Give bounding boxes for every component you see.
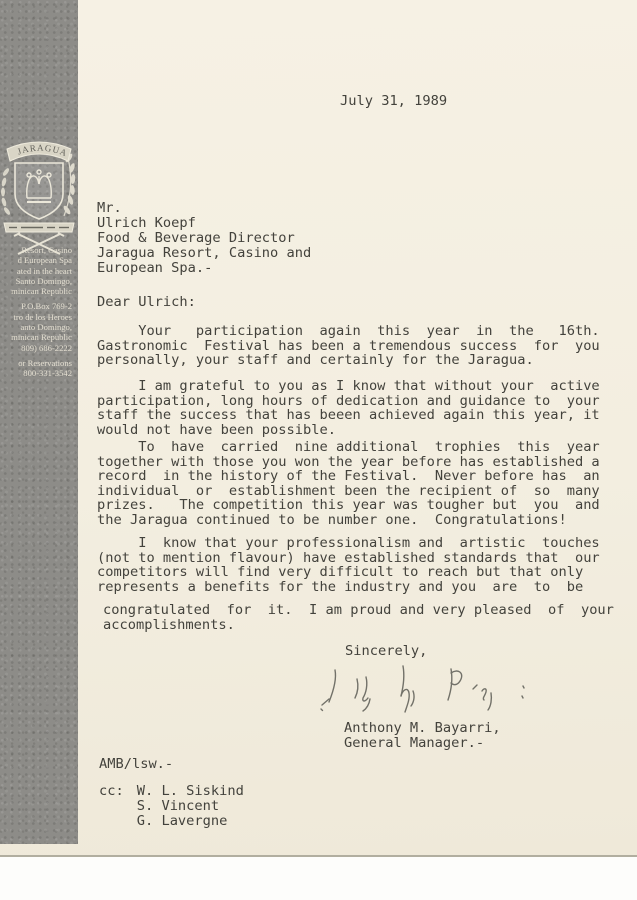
body-line: competitors will find very difficult to …	[97, 565, 600, 580]
cc-name: W. L. Siskind	[137, 784, 244, 799]
recipient-address: Mr. Ulrich Koepf Food & Beverage Directo…	[97, 201, 311, 276]
handwritten-signature	[315, 658, 535, 713]
letterhead-address: Resort, Casino d European Spa ated in th…	[0, 245, 72, 384]
body-line: prizes. The competition this year was to…	[97, 498, 600, 513]
letterhead-sidebar: JARAGUA	[0, 0, 78, 844]
body-line: (not to mention flavour) have establishe…	[97, 551, 600, 566]
body-line: personally, your staff and certainly for…	[97, 353, 600, 368]
body-line: would not have been possible.	[97, 423, 600, 438]
body-line: congratulated for it. I am proud and ver…	[103, 603, 614, 618]
body-line: the Jaragua continued to be number one. …	[97, 513, 600, 528]
body-line: participation, long hours of dedication …	[97, 394, 600, 409]
letterhead-address-block-1: Resort, Casino d European Spa ated in th…	[0, 245, 72, 296]
address-line: minican Republic	[0, 332, 72, 342]
cc-name: S. Vincent	[137, 799, 244, 814]
body-line: together with those you won the year bef…	[97, 455, 600, 470]
body-line: To have carried nine additional trophies…	[97, 440, 600, 455]
address-line: or Reservations	[0, 358, 72, 368]
letter-paper: JARAGUA	[0, 0, 637, 857]
salutation: Dear Ulrich:	[97, 295, 196, 310]
cc-name: G. Lavergne	[137, 814, 244, 829]
body-line: individual or establishment been the rec…	[97, 484, 600, 499]
signature-block: Anthony M. Bayarri, General Manager.-	[344, 721, 501, 751]
recipient-line: Mr.	[97, 201, 311, 216]
body-line: record in the history of the Festival. N…	[97, 469, 600, 484]
address-line: Resort, Casino	[0, 245, 72, 255]
address-line: d European Spa	[0, 255, 72, 265]
letterhead-reservations-block: or Reservations 800-331-3542	[0, 358, 72, 379]
valediction: Sincerely,	[345, 644, 427, 659]
signer-title: General Manager.-	[344, 736, 501, 751]
body-line: accomplishments.	[103, 618, 614, 633]
address-line: 809) 686-2222	[0, 343, 72, 353]
body-paragraph-1: Your participation again this year in th…	[97, 324, 600, 368]
cc-label: cc:	[99, 784, 124, 829]
address-line: tro de los Heroes	[0, 312, 72, 322]
jaragua-crest-logo: JARAGUA	[0, 128, 78, 260]
cc-block: cc: W. L. Siskind S. Vincent G. Lavergne	[99, 784, 244, 829]
address-line: P.O.Box 769-2	[0, 301, 72, 311]
body-line: staff the success that has beeen achieve…	[97, 408, 600, 423]
body-paragraph-2: I am grateful to you as I know that with…	[97, 379, 600, 437]
body-paragraph-4: I know that your professionalism and art…	[97, 536, 600, 594]
letter-date: July 31, 1989	[340, 94, 447, 109]
recipient-line: European Spa.-	[97, 261, 311, 276]
address-line: 800-331-3542	[0, 368, 72, 378]
body-paragraph-3: To have carried nine additional trophies…	[97, 440, 600, 528]
address-line: Santo Domingo,	[0, 276, 72, 286]
address-line: anto Domingo,	[0, 322, 72, 332]
recipient-line: Ulrich Koepf	[97, 216, 311, 231]
body-line: I know that your professionalism and art…	[97, 536, 600, 551]
body-line: Gastronomic Festival has been a tremendo…	[97, 339, 600, 354]
address-line: ated in the heart	[0, 266, 72, 276]
address-line: minican Republic	[0, 286, 72, 296]
reference-initials: AMB/lsw.-	[99, 757, 173, 772]
recipient-line: Jaragua Resort, Casino and	[97, 246, 311, 261]
cc-names: W. L. Siskind S. Vincent G. Lavergne	[137, 784, 244, 829]
body-line: I am grateful to you as I know that with…	[97, 379, 600, 394]
letterhead-address-block-2: P.O.Box 769-2 tro de los Heroes anto Dom…	[0, 301, 72, 352]
recipient-line: Food & Beverage Director	[97, 231, 311, 246]
signer-name: Anthony M. Bayarri,	[344, 721, 501, 736]
body-paragraph-5: congratulated for it. I am proud and ver…	[103, 603, 614, 632]
body-line: represents a benefits for the industry a…	[97, 580, 600, 595]
body-line: Your participation again this year in th…	[97, 324, 600, 339]
